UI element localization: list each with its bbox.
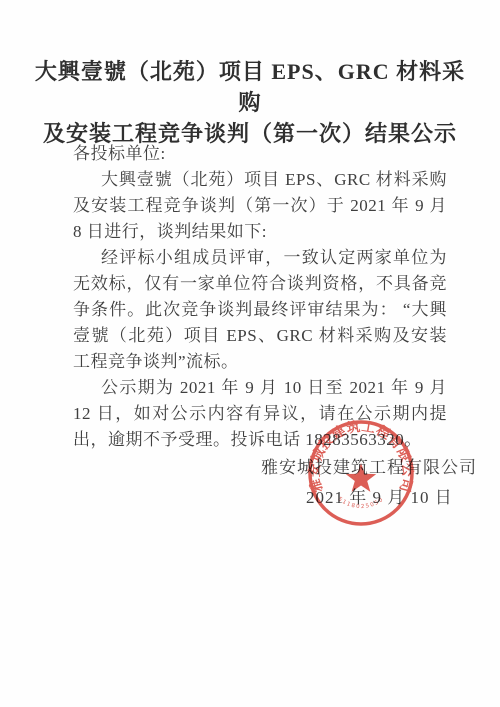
signature-date: 2021 年 9 月 10 日: [306, 483, 453, 508]
signature-company-name: 雅安城投建筑工程有限公司: [261, 453, 477, 478]
salutation: 各投标单位:: [73, 141, 447, 167]
announcement-document-page: 大興壹號（北苑）项目 EPS、GRC 材料采购 及安装工程竞争谈判（第一次）结果…: [0, 0, 500, 707]
paragraph-2: 经评标小组成员评审，一致认定两家单位为无效标，仅有一家单位符合谈判资格，不具备竞…: [73, 245, 447, 375]
paragraph-3: 公示期为 2021 年 9 月 10 日至 2021 年 9 月 12 日，如对…: [73, 375, 447, 453]
paragraph-1: 大興壹號（北苑）项目 EPS、GRC 材料采购及安装工程竞争谈判（第一次）于 2…: [73, 167, 447, 245]
document-body: 各投标单位: 大興壹號（北苑）项目 EPS、GRC 材料采购及安装工程竞争谈判（…: [73, 141, 447, 453]
document-title: 大興壹號（北苑）项目 EPS、GRC 材料采购 及安装工程竞争谈判（第一次）结果…: [30, 56, 470, 149]
document-title-line1: 大興壹號（北苑）项目 EPS、GRC 材料采购: [30, 56, 470, 118]
